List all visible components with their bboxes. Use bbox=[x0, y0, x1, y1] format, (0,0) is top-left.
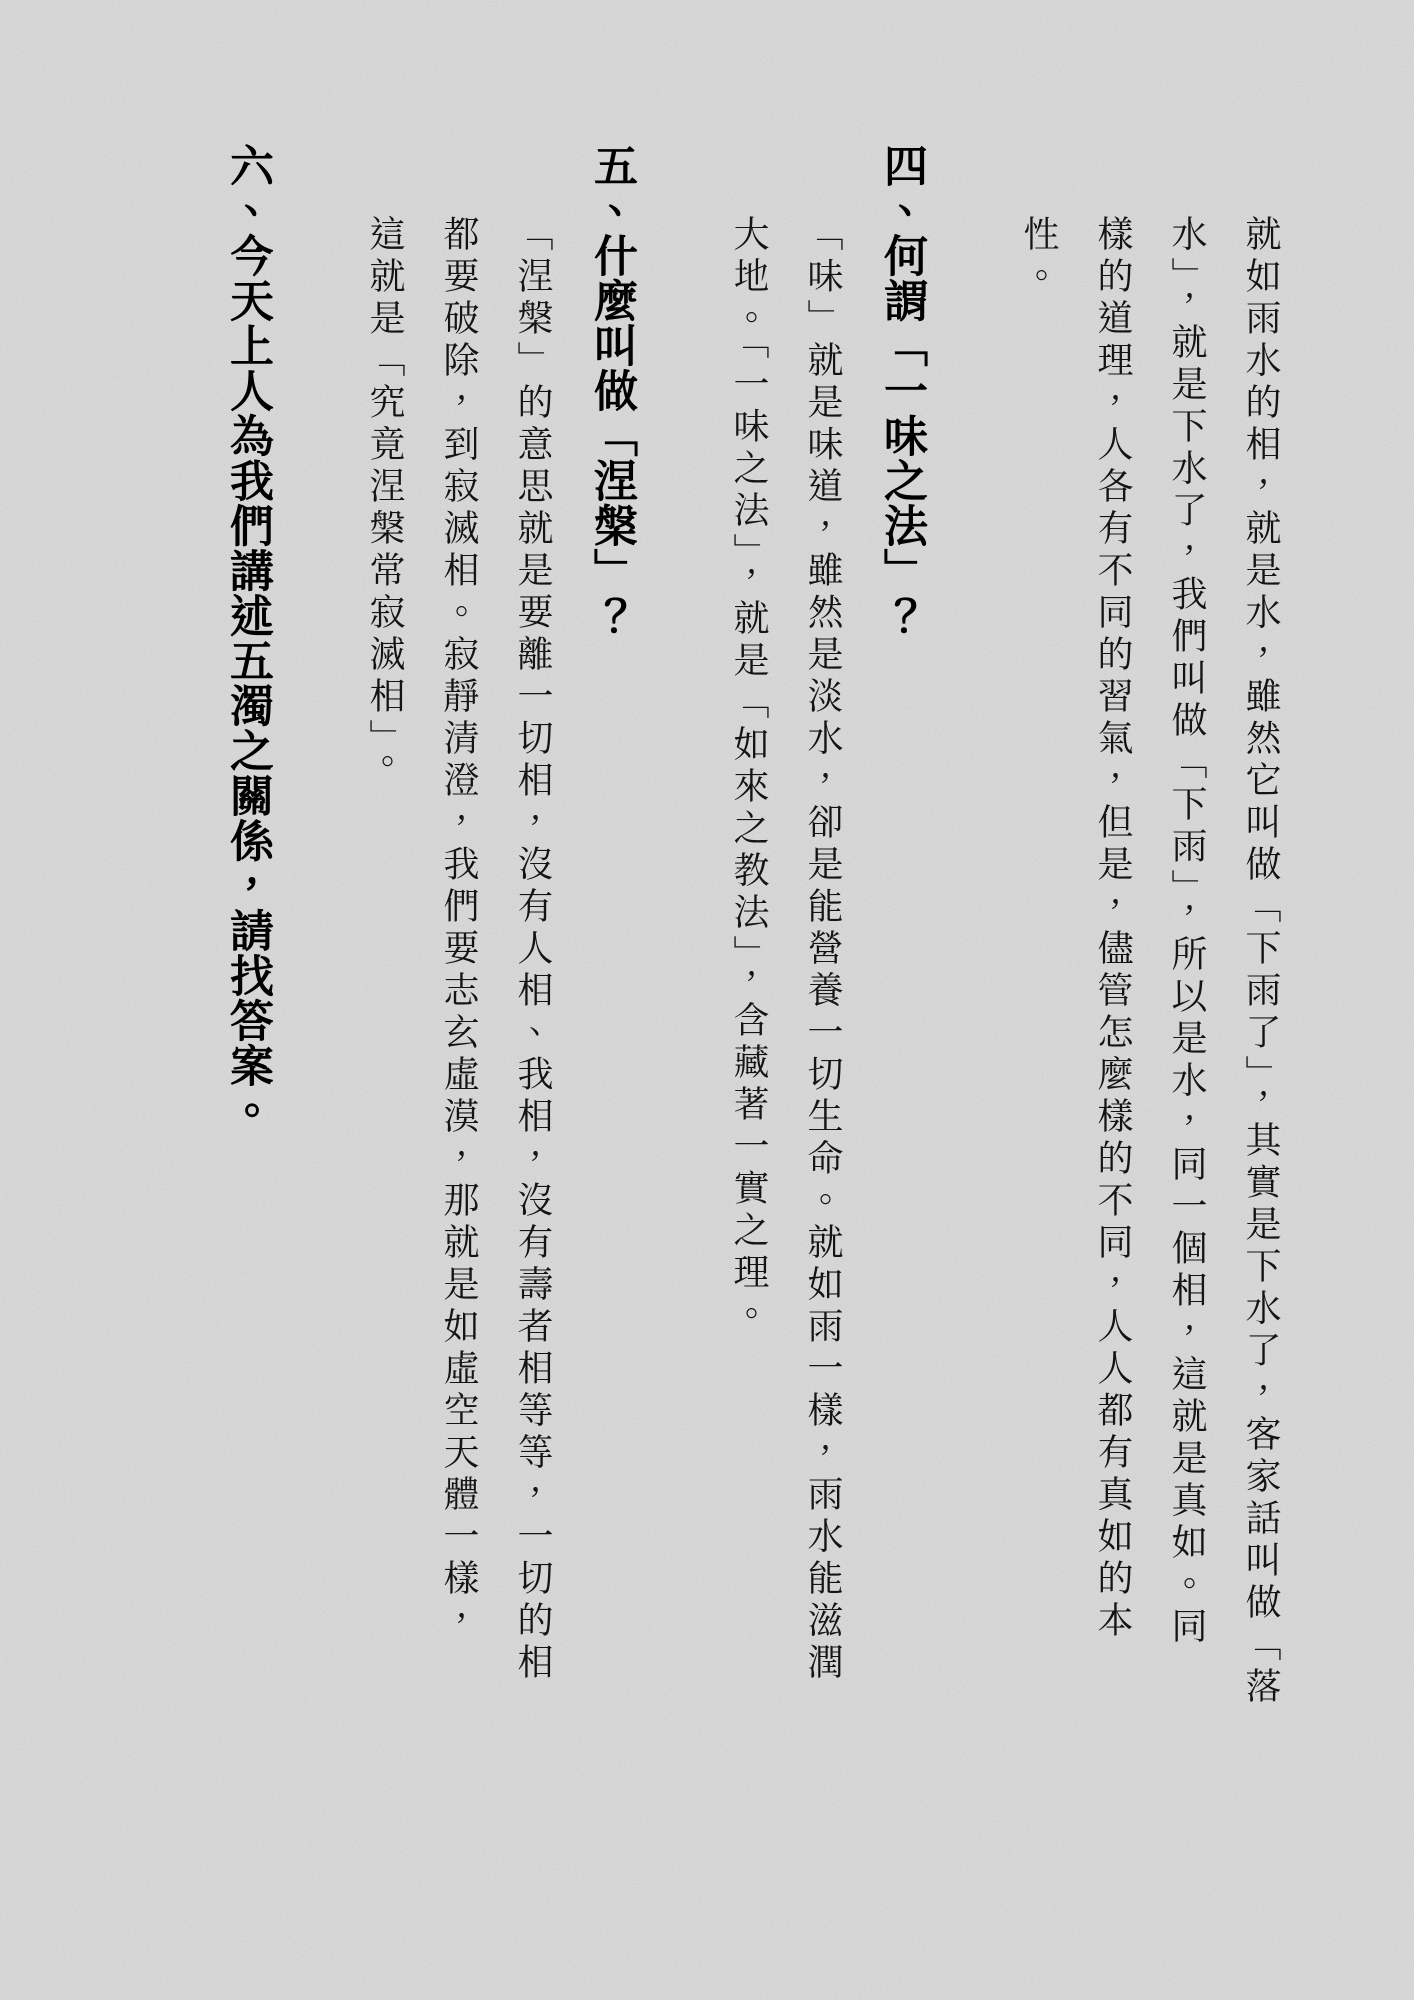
body-column: 性。 bbox=[1001, 143, 1075, 1963]
book-page: 就如雨水的相，就是水，雖然它叫做「下雨了」，其實是下水了，客家話叫做「落 水」，… bbox=[0, 0, 1414, 2000]
body-column: 水」，就是下水了，我們叫做「下雨」，所以是水，同一個相，這就是真如。同 bbox=[1149, 143, 1223, 1963]
body-column: 這就是「究竟涅槃常寂滅相」。 bbox=[347, 143, 421, 1963]
body-column: 樣的道理，人各有不同的習氣，但是，儘管怎麼樣的不同，人人都有真如的本 bbox=[1075, 143, 1149, 1963]
body-column: 「涅槃」的意思就是要離一切相，沒有人相、我相，沒有壽者相等等，一切的相 bbox=[495, 143, 569, 1963]
vertical-text-area: 就如雨水的相，就是水，雖然它叫做「下雨了」，其實是下水了，客家話叫做「落 水」，… bbox=[205, 143, 1297, 1963]
section-heading-5: 五、什麼叫做「涅槃」？ bbox=[569, 143, 653, 1963]
body-column: 大地。「一味之法」，就是「如來之教法」，含藏著一實之理。 bbox=[711, 143, 785, 1963]
section-heading-4: 四、何謂「一味之法」？ bbox=[859, 143, 943, 1963]
body-column: 都要破除，到寂滅相。寂靜清澄，我們要志玄虛漠，那就是如虛空天體一樣， bbox=[421, 143, 495, 1963]
body-column: 就如雨水的相，就是水，雖然它叫做「下雨了」，其實是下水了，客家話叫做「落 bbox=[1223, 143, 1297, 1963]
section-heading-6: 六、今天上人為我們講述五濁之關係，請找答案。 bbox=[205, 143, 289, 1963]
body-column: 「味」就是味道，雖然是淡水，卻是能營養一切生命。就如雨一樣，雨水能滋潤 bbox=[785, 143, 859, 1963]
